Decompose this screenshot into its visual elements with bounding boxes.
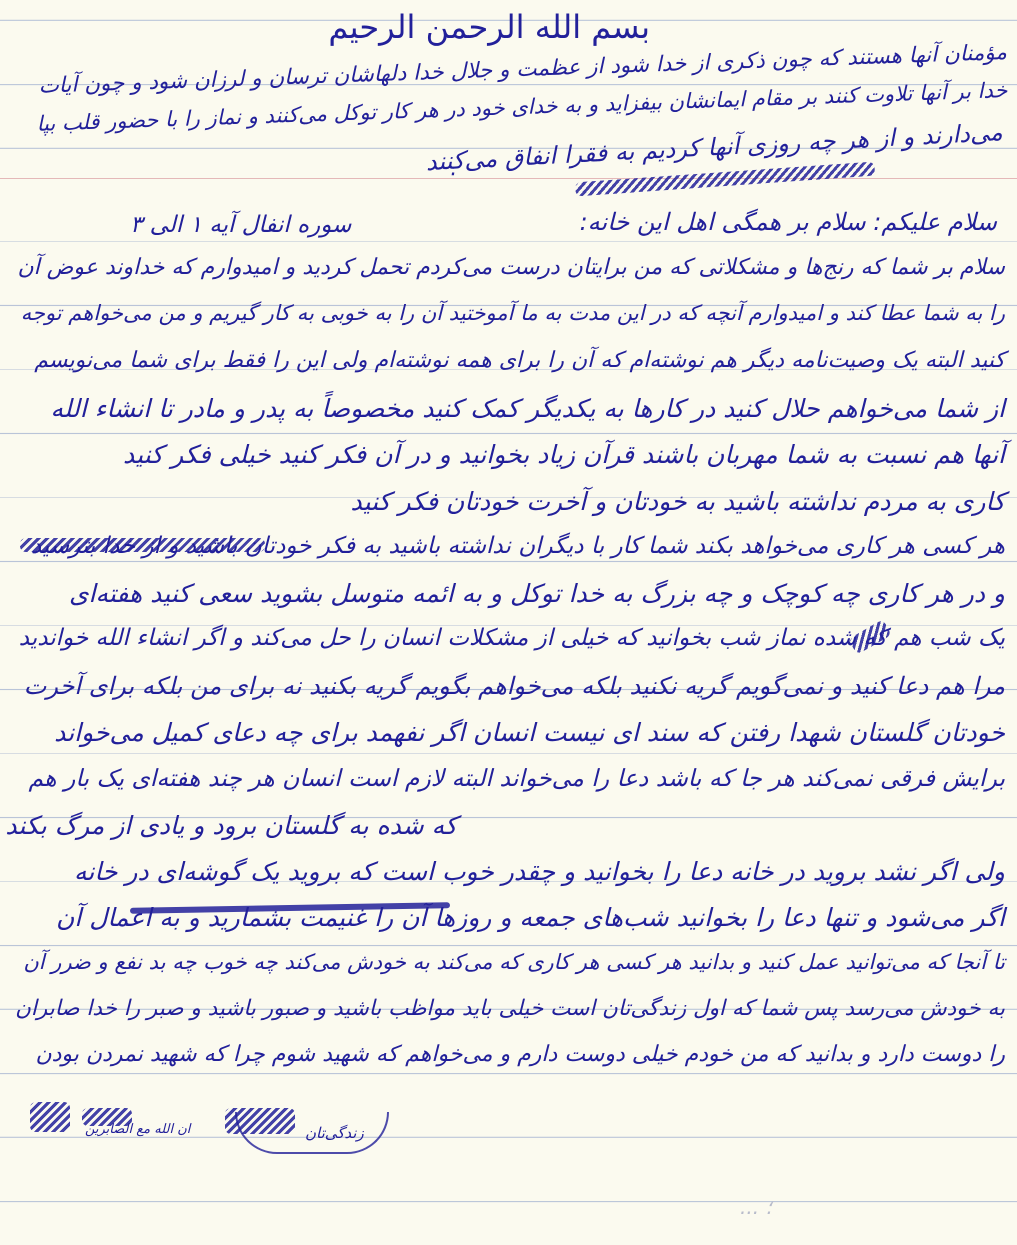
crossed-out-scribble <box>575 162 875 197</box>
letter-body-line: از شما می‌خواهم حلال کنید در کارها به یک… <box>50 394 1005 423</box>
letter-body-line: کنید البته یک وصیت‌نامه دیگر هم نوشته‌ام… <box>34 348 1005 373</box>
letter-body-line: مرا هم دعا کنید و نمی‌گویم گریه نکنید بل… <box>24 672 1005 700</box>
letter-body-line: خودتان گلستان شهدا رفتن که سند ای نیست ا… <box>54 718 1005 747</box>
letter-body-line: تا آنجا که می‌توانید عمل کنید و بدانید ه… <box>23 950 1005 974</box>
letter-body-line: را به شما عطا کند و امیدوارم آنچه که در … <box>21 301 1005 325</box>
letter-body-line: را دوست دارد و بدانید که من خودم خیلی دو… <box>35 1042 1005 1067</box>
intro-verse-line-3: می‌دارند و از هر چه روزی آنها کردیم به ف… <box>425 118 1003 176</box>
crossed-out-scribble <box>20 538 265 552</box>
paper-margin-line <box>0 178 1017 179</box>
letter-body-line: برایش فرقی نمی‌کند هر جا که باشد دعا را … <box>28 764 1005 792</box>
greeting-line: سلام علیکم: سلام بر همگی اهل این خانه: <box>580 208 997 236</box>
letter-body-line: کاری به مردم نداشته باشید به خودتان و آخ… <box>350 487 1005 516</box>
basmala-heading: بسم الله الرحمن الرحیم <box>350 8 650 46</box>
marginal-note-2: ان الله مع الصابرین <box>85 1122 190 1137</box>
letter-body-line: و در هر کاری چه کوچک و چه بزرگ به خدا تو… <box>69 579 1005 608</box>
lined-paper-page: بسم الله الرحمن الرحیم مؤمنان آنها هستند… <box>0 0 1017 1245</box>
intro-verse-end: . <box>449 156 458 181</box>
letter-body-line: که شده به گلستان برود و یادی از مرگ بکند <box>5 811 457 840</box>
bleed-through-text: ؛ ... <box>740 1195 772 1219</box>
letter-body-line: ولی اگر نشد بروید در خانه دعا را بخوانید… <box>74 857 1005 886</box>
ink-blot <box>30 1102 70 1132</box>
letter-body-line: آنها هم نسبت به شما مهربان باشند قرآن زی… <box>123 440 1005 469</box>
marginal-insertion-note: زندگی‌تان <box>305 1124 364 1142</box>
letter-body-line: به خودش می‌رسد پس شما که اول زندگی‌تان ا… <box>15 996 1005 1021</box>
surah-reference: سوره انفال آیه ۱ الی ۳ <box>130 212 351 238</box>
letter-body-line: سلام بر شما که رنج‌ها و مشکلاتی که من بر… <box>17 255 1005 280</box>
